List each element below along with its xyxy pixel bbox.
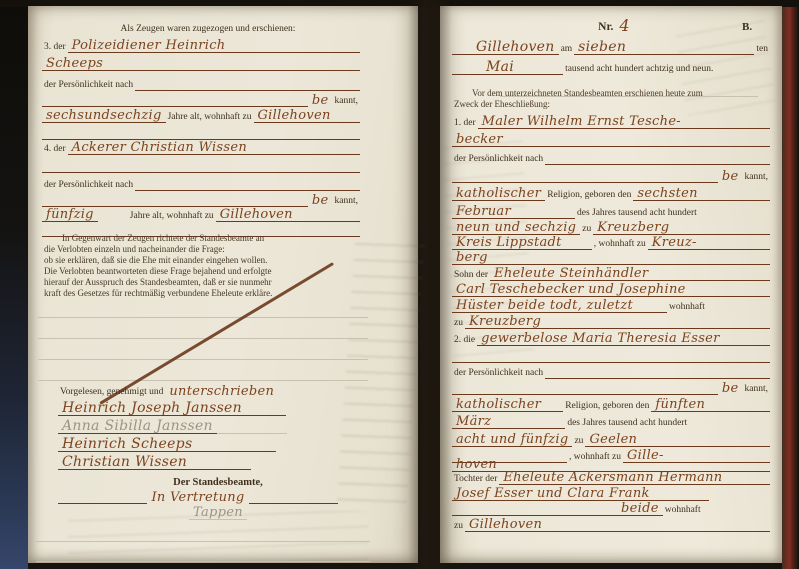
bride-birth-month-line: März des Jahres tausend acht hundert [452, 412, 770, 429]
groom-occupation-name: Maler Wilhelm Ernst Tesche- [478, 115, 685, 129]
rule-line [217, 432, 287, 434]
rule-line [545, 163, 770, 165]
bride-known-line: be kannt, [452, 378, 770, 395]
registrar-signature: Tappen [189, 506, 247, 520]
intro-line: Vor dem unterzeichneten Standesbeamten e… [454, 88, 774, 99]
registrar-signature-line: Tappen [88, 503, 348, 520]
groom-prefix: 1. der [452, 118, 478, 129]
groom-birth-day: sechsten [633, 187, 701, 201]
bride-name-line: 2. die gewerbelose Maria Theresia Esser [452, 329, 770, 346]
rule-line [685, 127, 770, 129]
rule-line [452, 53, 472, 55]
paragraph-line: hierauf der Ausspruch des Standesbeamten… [44, 277, 374, 288]
witness3-identity-line: der Persönlichkeit nach [42, 74, 360, 91]
witness3-residence: Gillehoven [254, 109, 335, 123]
register-letter-text: B. [740, 21, 754, 34]
witnesses-header-text: Als Zeugen waren zugezogen und erschiene… [119, 24, 298, 35]
blank-faint-rule [38, 342, 368, 360]
religion-born-label: Religion, geboren den [545, 190, 633, 201]
rule-line [518, 73, 563, 75]
signature-row: Heinrich Joseph Janssen [58, 399, 318, 416]
zu-label: zu [452, 318, 465, 329]
daughter-of-label: Tochter der [452, 474, 499, 485]
record-number-label: Nr. [596, 21, 615, 34]
rule-line [546, 530, 770, 532]
witness3-prefix: 3. der [42, 42, 68, 53]
witness3-surname: Scheeps [42, 57, 107, 71]
witness3-age: sechsundsechzig [42, 109, 166, 123]
signature-row: Christian Wissen [58, 453, 318, 470]
groom-surname-cont: becker [452, 133, 507, 147]
known-handwritten-be: be [718, 170, 743, 183]
paragraph-line: kraft des Gesetzes für rechtmäßig verbun… [44, 288, 374, 299]
signature-witness4: Christian Wissen [58, 455, 191, 470]
bride-parents-line1: Tochter der Eheleute Ackersmann Hermann [452, 470, 770, 485]
age-residence-label: Jahre alt, wohnhaft zu [166, 112, 254, 123]
bride-parents-residence-line: zu Gillehoven [452, 517, 770, 532]
groom-religion-line: katholischer Religion, geboren den sechs… [452, 184, 770, 201]
rule-line [452, 514, 617, 516]
rule-line [229, 51, 360, 53]
blank-faint-rule [36, 544, 370, 562]
signature-witness3: Heinrich Scheeps [58, 437, 196, 452]
bride-identity-line: der Persönlichkeit nach [452, 362, 770, 379]
witness4-identity-line: der Persönlichkeit nach [42, 174, 360, 191]
registrar-deputy-line: In Vertretung [58, 487, 338, 504]
groom-residence2: berg [452, 251, 492, 265]
rule-line [495, 427, 565, 429]
intro-paragraph: Vor dem unterzeichneten Standesbeamten e… [454, 88, 774, 110]
groom-birth-month: Februar [452, 205, 515, 219]
bride-birth-day: fünften [651, 398, 709, 412]
known-handwritten-be: be [718, 382, 743, 395]
groom-parents-names: Carl Teschebecker und Josephine [452, 283, 690, 297]
groom-parents-line2: Carl Teschebecker und Josephine [452, 280, 770, 297]
blank-rule [42, 156, 360, 173]
signature-groom: Heinrich Joseph Janssen [58, 401, 246, 416]
closing-line: Vorgelesen, genehmigt und unterschrieben [58, 381, 358, 398]
signature-bride: Anna Sibilla Janssen [58, 419, 217, 434]
bride-parents-residence: Gillehoven [465, 518, 546, 532]
paragraph-line: ob sie erklären, daß sie die Ehe mit ein… [44, 255, 374, 266]
groom-parents-residence-line: zu Kreuzberg [452, 312, 770, 329]
resides-label: wohnhaft [663, 505, 703, 516]
bride-religion: katholischer [452, 398, 545, 412]
blank-faint-rule [38, 300, 368, 318]
groom-parents-line1: Sohn der Eheleute Steinhändler [452, 264, 770, 281]
blank-faint-rule [38, 363, 368, 381]
rule-line [507, 145, 770, 147]
witness4-prefix: 4. der [42, 144, 68, 155]
bride-parents-names: Josef Esser und Clara Frank [452, 487, 654, 501]
rule-line [452, 181, 718, 183]
record-number: Nr. 4 [560, 14, 670, 34]
groom-identity-line: der Persönlichkeit nach [452, 148, 770, 165]
closing-printed: Vorgelesen, genehmigt und [58, 387, 165, 398]
religion-born-label: Religion, geboren den [563, 401, 651, 412]
closing-handwritten: unterschrieben [165, 385, 278, 398]
witnesses-header: Als Zeugen waren zugezogen und erschiene… [68, 18, 348, 35]
groom-birth-month-line: Februar des Jahres tausend acht hundert [452, 202, 770, 219]
year-label: des Jahres tausend acht hundert [565, 418, 689, 429]
date-line-2: Mai tausend acht hundert achtzig und neu… [452, 56, 770, 75]
groom-residence-line2: berg [452, 248, 770, 265]
date-line-1: Gillehoven am sieben ten [452, 36, 770, 55]
intro-line: Zweck der Eheschließung: [454, 99, 774, 110]
rule-line [196, 450, 276, 452]
signature-row: Anna Sibilla Janssen [58, 417, 318, 434]
bride-parents-occupation: Eheleute Ackersmann Hermann [499, 471, 726, 485]
zu-label: zu [452, 521, 465, 532]
bride-religion-line: katholischer Religion, geboren den fünft… [452, 395, 770, 412]
groom-parents-line3: Hüster beide todt, zuletzt wohnhaft [452, 296, 770, 313]
register-letter: B. [740, 14, 770, 34]
right-page: Nr. 4 B. Gillehoven am sieben ten Mai ta… [440, 6, 782, 563]
bride-birth-month: März [452, 415, 495, 429]
identity-label: der Persönlichkeit nach [452, 154, 545, 165]
rule-line [702, 199, 770, 201]
blank-faint-rule [36, 524, 370, 542]
groom-religion: katholischer [452, 187, 545, 201]
bride-birth-year-line: acht und fünfzig zu Geelen [452, 430, 770, 447]
record-month: Mai [482, 60, 518, 75]
record-place: Gillehoven [472, 40, 559, 55]
groom-parents-status: Hüster beide todt, zuletzt [452, 299, 637, 313]
groom-name-line2: becker [452, 130, 770, 147]
left-page: Als Zeugen waren zugezogen und erschiene… [28, 6, 418, 563]
known-label: kannt, [743, 172, 770, 183]
rule-line [246, 414, 286, 416]
rule-line [191, 468, 251, 470]
paragraph-line: die Verlobten einzeln und nacheinander d… [44, 244, 374, 255]
book-cover-right-edge [782, 0, 799, 569]
bride-birth-year: acht und fünfzig [452, 433, 572, 447]
blank-faint-rule [38, 321, 368, 339]
bride-birthplace: Geelen [585, 433, 641, 447]
register-scan: Als Zeugen waren zugezogen und erschiene… [0, 0, 799, 569]
rule-line [42, 171, 360, 173]
groom-name-line1: 1. der Maler Wilhelm Ernst Tesche- [452, 112, 770, 129]
paragraph-line: In Gegenwart der Zeugen richtete der Sta… [44, 233, 374, 244]
witness3-name-line2: Scheeps [42, 54, 360, 71]
groom-parents-residence: Kreuzberg [465, 315, 545, 329]
known-label: kannt, [743, 384, 770, 395]
blank-rule [452, 346, 770, 363]
record-year-text: tausend acht hundert achtzig und neun. [563, 64, 715, 75]
rule-line [452, 73, 482, 75]
bride-prefix: 2. die [452, 335, 477, 346]
record-day: sieben [574, 40, 630, 55]
bride-parents-line2: Josef Esser und Clara Frank [452, 486, 770, 501]
signature-row: Heinrich Scheeps [58, 435, 318, 452]
witness3-name-line1: 3. der Polizeidiener Heinrich [42, 36, 360, 53]
bride-parents-status: beide [617, 502, 663, 516]
witness3-age-line: sechsundsechzig Jahre alt, wohnhaft zu G… [42, 106, 360, 123]
groom-parents-occupation: Eheleute Steinhändler [490, 267, 652, 281]
witness4-occupation-name: Ackerer Christian Wissen [68, 141, 251, 155]
rule-line [107, 69, 360, 71]
witness4-name-line: 4. der Ackerer Christian Wissen [42, 138, 360, 155]
rule-line [630, 53, 754, 55]
witness3-known-line: be kannt, [42, 90, 360, 107]
rule-line [251, 153, 360, 155]
bride-occupation-name: gewerbelose Maria Theresia Esser [477, 332, 724, 346]
record-number-value: 4 [615, 18, 633, 34]
witness3-occupation-firstname: Polizeidiener Heinrich [68, 39, 230, 53]
rule-line [726, 483, 770, 485]
am-label: am [559, 44, 575, 55]
ten-suffix-label: ten [754, 44, 770, 55]
groom-known-line: be kannt, [452, 166, 770, 183]
bride-parents-line3: beide wohnhaft [452, 501, 770, 516]
book-cover-left-edge [0, 0, 28, 569]
